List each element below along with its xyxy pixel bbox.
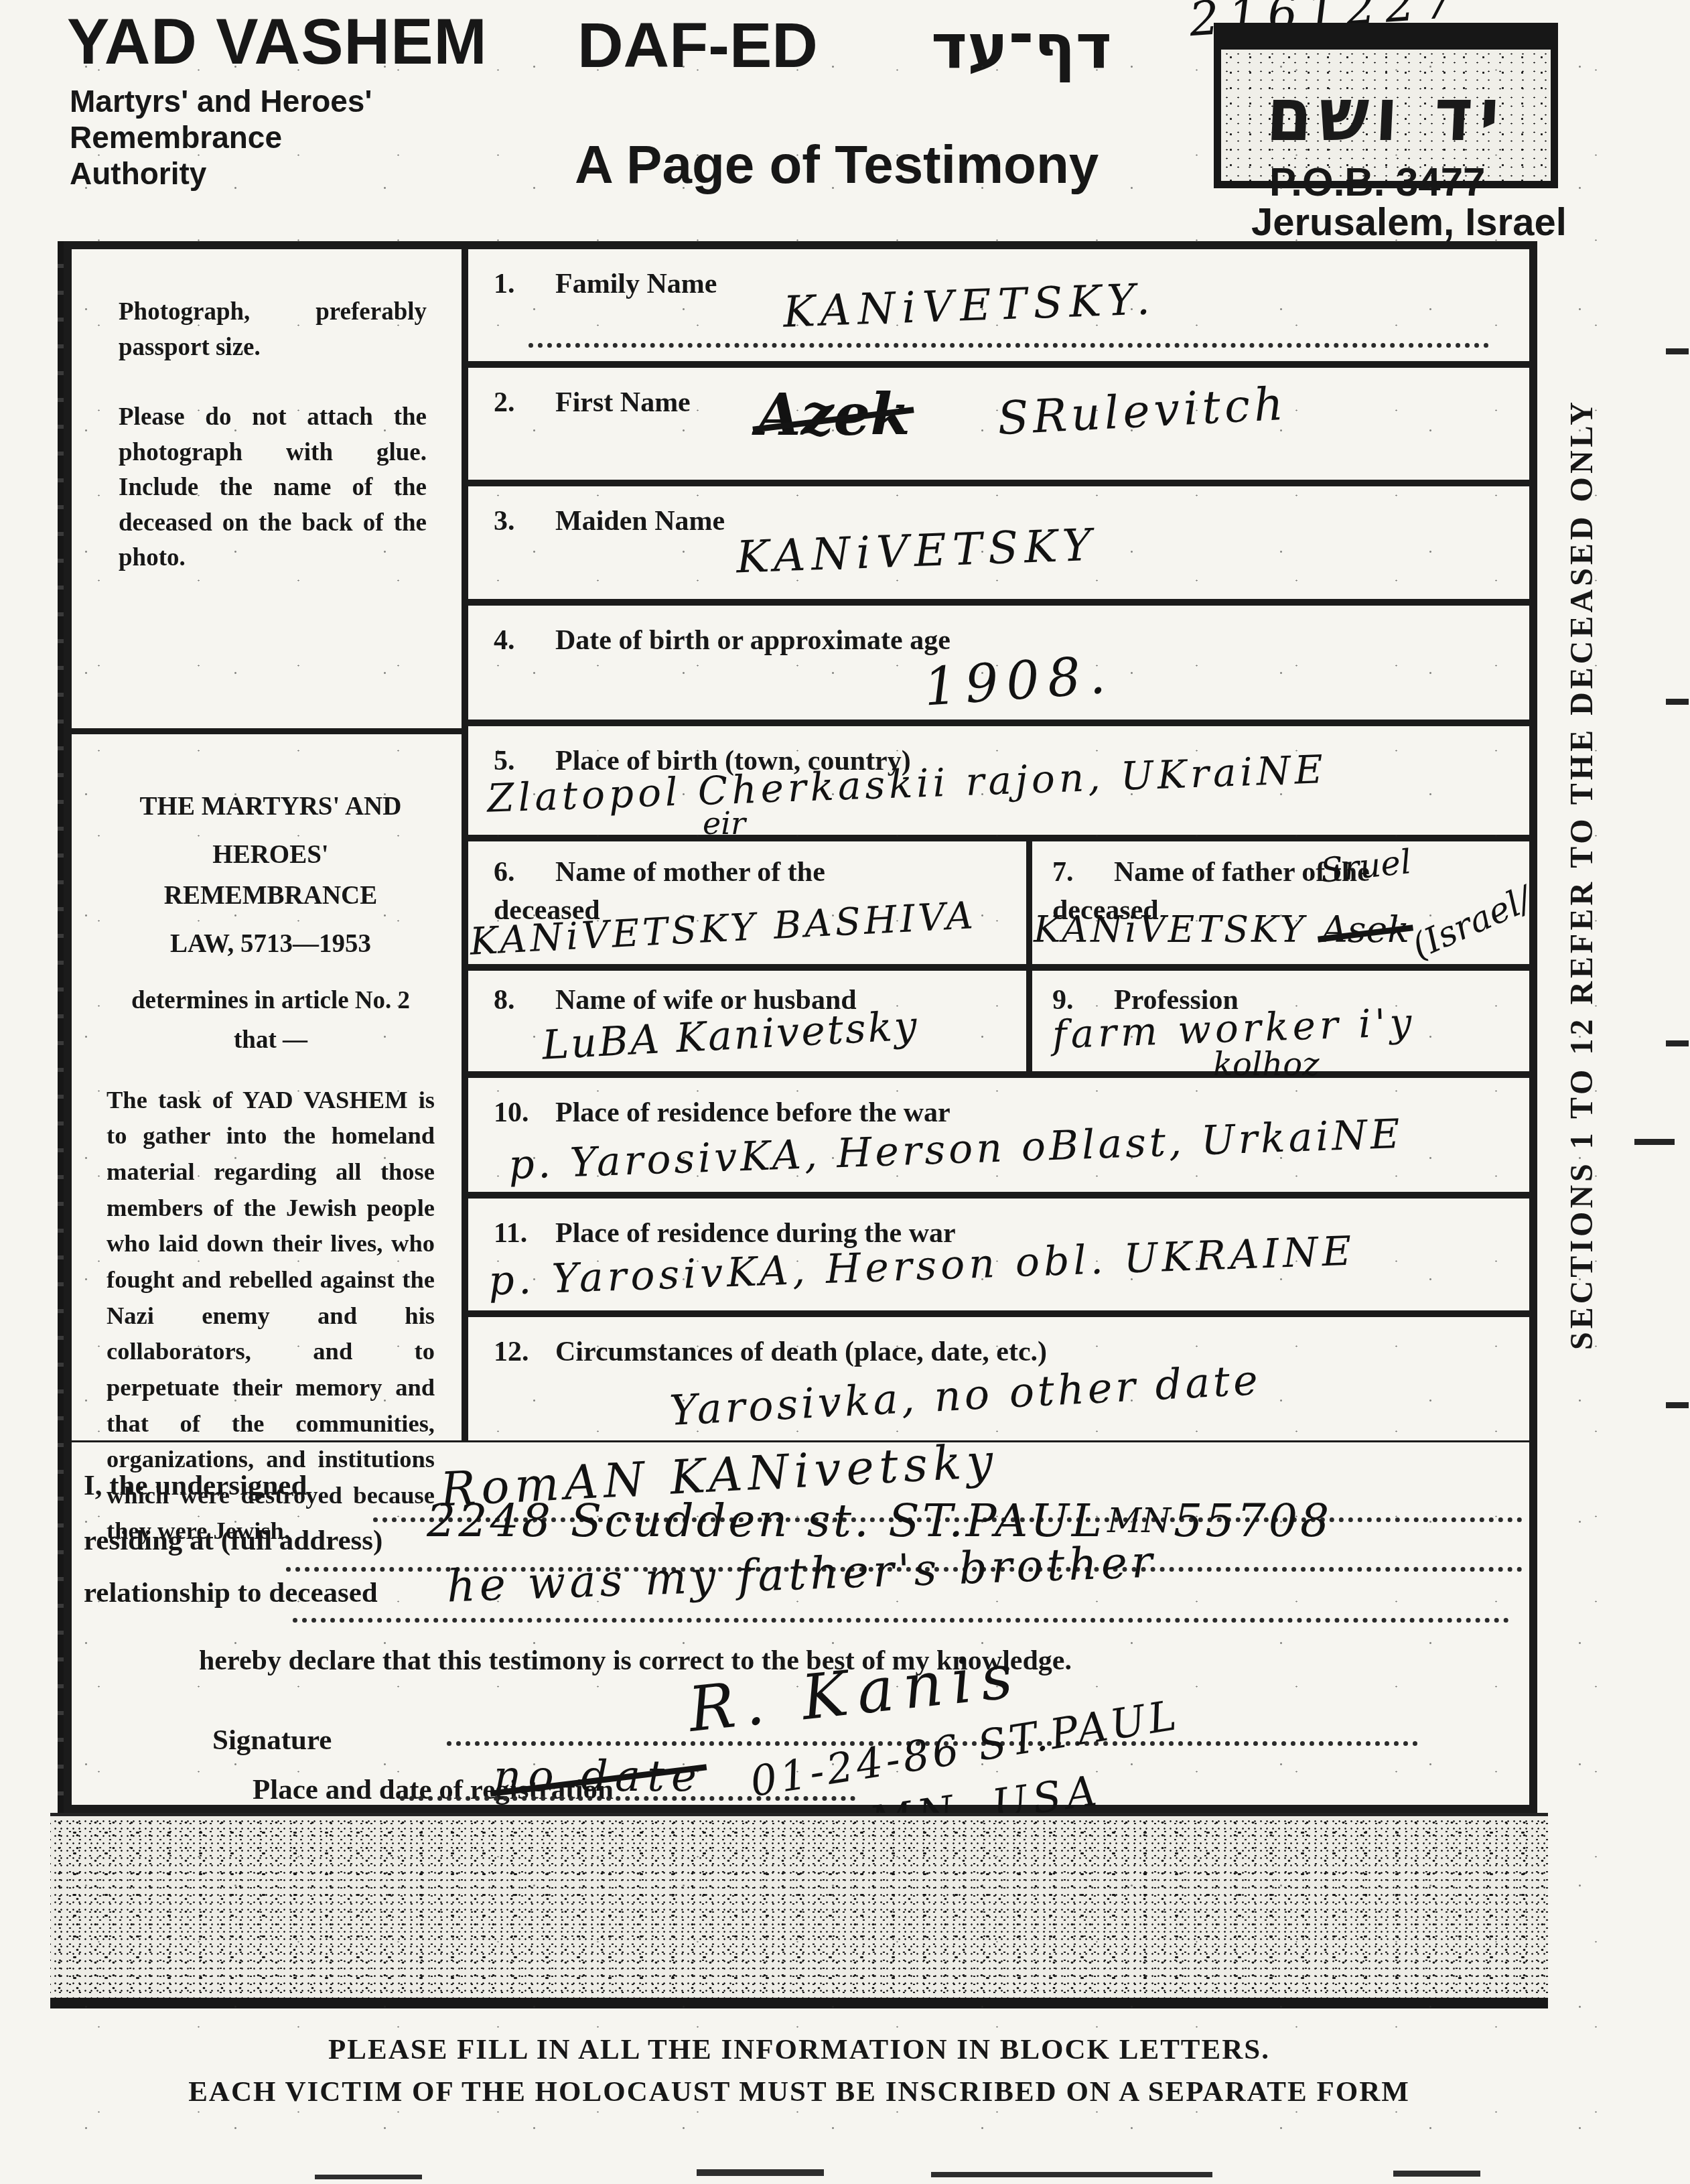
registration-struck-value: no date — [494, 1752, 703, 1801]
field-1-value: KANiVETSKY. — [782, 275, 1157, 337]
degraded-hebrew-text-band — [50, 1813, 1548, 2008]
field-5-correction: eir — [703, 805, 746, 841]
field-row-date-of-birth: 4.Date of birth or approximate age 1908. — [468, 606, 1529, 726]
sections-refer-note-vertical: SECTIONS 1 TO 12 REFER TO THE DECEASED O… — [1542, 442, 1621, 1306]
form-code: DAF-ED — [577, 9, 818, 82]
tick-mark — [1666, 1040, 1689, 1046]
field-1-number: 1. — [494, 268, 555, 300]
left-instruction-column: Photograph, preferably passport size. Pl… — [72, 249, 468, 1440]
stamp-hebrew-text: יד ושם — [1265, 72, 1508, 158]
form-code-hebrew: דף־עד — [931, 11, 1112, 82]
field-row-circumstances-of-death: 12.Circumstances of death (place, date, … — [468, 1317, 1529, 1440]
field-9-cell: 9.Profession farm worker i'y kolhoz — [1032, 971, 1529, 1071]
field-7-number: 7. — [1052, 854, 1114, 892]
signature-label: Signature — [212, 1724, 332, 1757]
tick-mark — [1666, 699, 1689, 705]
law-intro-line2: that — — [107, 1022, 435, 1059]
remembrance-law-text: THE MARTYRS' AND HEROES' REMEMBRANCE LAW… — [72, 728, 462, 1440]
field-row-maiden-name: 3.Maiden Name KANiVETSKY — [468, 486, 1529, 606]
field-row-first-name: 2.First Name Azek SRulevitch — [468, 368, 1529, 486]
footer-instruction-line1: PLEASE FILL IN ALL THE INFORMATION IN BL… — [50, 2033, 1548, 2066]
field-12-label: 12.Circumstances of death (place, date, … — [494, 1336, 1047, 1368]
residing-label: residing at (full address) — [84, 1524, 382, 1557]
residing-state: MN — [1107, 1501, 1171, 1540]
org-subtitle-line3: Authority — [70, 158, 206, 189]
field-7-struck-value: Asek — [1322, 908, 1409, 951]
field-7-cell: 7.Name of father of the deceased Sruel K… — [1032, 841, 1529, 964]
field-row-place-of-birth: 5.Place of birth (town, country) Zlatopo… — [468, 726, 1529, 841]
field-2-number: 2. — [494, 387, 555, 419]
field-2-struck-value: Azek — [756, 381, 910, 449]
field-2-name: First Name — [555, 387, 691, 418]
undersigned-label: I, the undersigned — [84, 1469, 307, 1502]
form-title: A Page of Testimony — [575, 134, 1099, 196]
field-4-label: 4.Date of birth or approximate age — [494, 624, 950, 657]
residing-value: 2248 Scudden st. ST.PAUL — [427, 1495, 1105, 1548]
scan-noise-fragment — [931, 2172, 1212, 2177]
field-3-number: 3. — [494, 505, 555, 537]
scan-noise-fragment — [315, 2175, 422, 2179]
scan-noise-fragment — [1393, 2171, 1480, 2177]
field-row-residence-before-war: 10.Place of residence before the war p. … — [468, 1078, 1529, 1199]
field-7-value: KANiVETSKY — [1034, 908, 1307, 951]
field-11-number: 11. — [494, 1217, 555, 1249]
law-title-line2: HEROES' REMEMBRANCE — [107, 835, 435, 916]
photo-note-1: Photograph, preferably passport size. — [119, 295, 427, 365]
residing-zip: 55708 — [1174, 1495, 1332, 1548]
tick-mark — [1634, 1139, 1675, 1145]
field-row-parents: 6.Name of mother of the deceased KANiVET… — [468, 841, 1529, 971]
column-divider — [1026, 971, 1032, 1071]
field-10-number: 10. — [494, 1097, 555, 1129]
law-title-line1: THE MARTYRS' AND — [107, 787, 435, 827]
field-row-family-name: 1.Family Name KANiVETSKY. — [468, 249, 1529, 368]
field-2-value: SRulevitch — [996, 378, 1288, 446]
scan-noise-fragment — [697, 2169, 824, 2176]
tick-mark — [1666, 348, 1689, 354]
form-fields: 1.Family Name KANiVETSKY. 2.First Name A… — [468, 249, 1529, 1440]
field-12-name: Circumstances of death (place, date, etc… — [555, 1337, 1047, 1367]
relationship-dotted-line — [293, 1618, 1509, 1623]
field-3-label: 3.Maiden Name — [494, 505, 725, 537]
tick-mark — [1666, 1402, 1689, 1408]
field-8-cell: 8.Name of wife or husband LuBA Kanivetsk… — [468, 971, 1026, 1071]
field-10-name: Place of residence before the war — [555, 1097, 950, 1128]
field-7-value-line: KANiVETSKY Asek (Israel/ — [1034, 908, 1538, 951]
field-2-label: 2.First Name — [494, 387, 691, 419]
field-3-name: Maiden Name — [555, 506, 725, 537]
photo-note-2: Please do not attach the photograph with… — [119, 400, 427, 576]
relationship-label: relationship to deceased — [84, 1576, 378, 1609]
registration-dotted-line — [400, 1796, 855, 1801]
field-row-spouse-profession: 8.Name of wife or husband LuBA Kanivetsk… — [468, 971, 1529, 1078]
column-divider — [1026, 841, 1032, 964]
field-6-number: 6. — [494, 854, 555, 892]
field-4-value: 1908. — [922, 644, 1115, 718]
field-12-number: 12. — [494, 1336, 555, 1368]
pob-address: P.O.B. 3477 — [1269, 159, 1485, 205]
city-address: Jerusalem, Israel — [1251, 200, 1567, 245]
org-subtitle-line1: Martyrs' and Heroes' — [70, 86, 372, 117]
field-1-label: 1.Family Name — [494, 268, 717, 300]
field-4-name: Date of birth or approximate age — [555, 625, 950, 656]
scanned-page-of-testimony: 2161227 YAD VASHEM Martyrs' and Heroes' … — [0, 0, 1690, 2184]
org-subtitle-line2: Remembrance — [70, 122, 282, 153]
field-4-number: 4. — [494, 624, 555, 657]
footer-instruction-line2: EACH VICTIM OF THE HOLOCAUST MUST BE INS… — [50, 2075, 1548, 2108]
photo-instructions: Photograph, preferably passport size. Pl… — [72, 249, 462, 728]
law-intro-line1: determines in article No. 2 — [107, 982, 435, 1020]
field-6-cell: 6.Name of mother of the deceased KANiVET… — [468, 841, 1026, 964]
org-title: YAD VASHEM — [67, 5, 488, 79]
field-row-residence-during-war: 11.Place of residence during the war p. … — [468, 1199, 1529, 1317]
field-1-dotted-line — [529, 343, 1489, 348]
residing-line: 2248 Scudden st. ST.PAUL MN 55708 — [427, 1495, 1332, 1548]
declaration-section: I, the undersigned RomAN KANivetsky resi… — [72, 1440, 1529, 1805]
field-3-value: KANiVETSKY — [735, 519, 1099, 584]
law-title-line3: LAW, 5713—1953 — [107, 924, 435, 964]
field-5-number: 5. — [494, 745, 555, 777]
field-10-label: 10.Place of residence before the war — [494, 1097, 950, 1129]
testimony-form-table: Photograph, preferably passport size. Pl… — [64, 241, 1537, 1813]
field-8-number: 8. — [494, 984, 555, 1016]
field-1-name: Family Name — [555, 269, 717, 299]
